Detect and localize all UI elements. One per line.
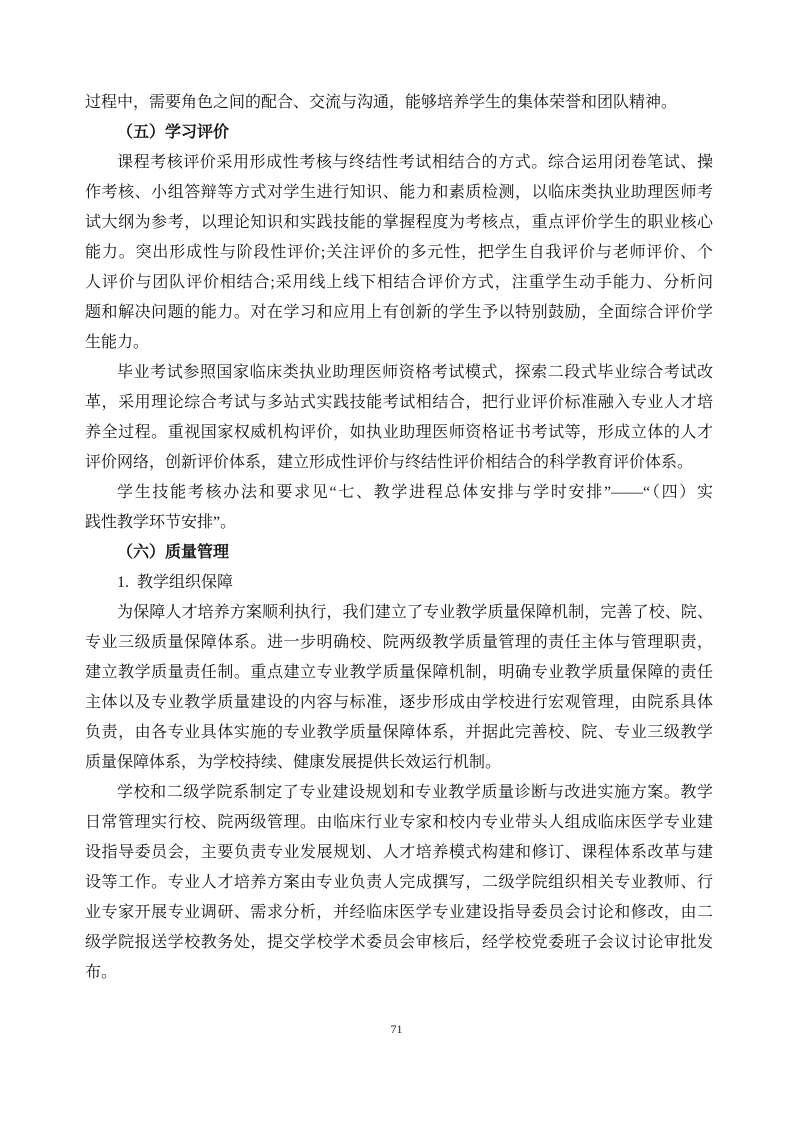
- paragraph: 为保障人才培养方案顺利执行，我们建立了专业教学质量保障机制，完善了校、院、专业三…: [85, 598, 713, 778]
- text-line: 日常管理实行校、院两级管理。由临床行业专家和校内专业带头人组成临床医学专业建: [85, 808, 713, 838]
- text-line: 践性教学环节安排”。: [85, 508, 713, 538]
- text-line: 能力。突出形成性与阶段性评价;关注评价的多元性，把学生自我评价与老师评价、个: [85, 238, 713, 268]
- text-line: 试大纲为参考，以理论知识和实践技能的掌握程度为考核点，重点评价学生的职业核心: [85, 208, 713, 238]
- text-line: 课程考核评价采用形成性考核与终结性考试相结合的方式。综合运用闭卷笔试、操: [85, 148, 713, 178]
- text-line: 质量保障体系，为学校持续、健康发展提供长效运行机制。: [85, 748, 713, 778]
- paragraph-continuation: 过程中，需要角色之间的配合、交流与沟通，能够培养学生的集体荣誉和团队精神。: [85, 88, 713, 118]
- heading: （五）学习评价: [85, 118, 713, 148]
- text-line: 学校和二级学院系制定了专业建设规划和专业教学质量诊断与改进实施方案。教学: [85, 778, 713, 808]
- section-heading-text: （六）质量管理: [85, 538, 713, 568]
- text-line: 评价网络，创新评价体系，建立形成性评价与终结性评价相结合的科学教育评价体系。: [85, 448, 713, 478]
- text-line: 学生技能考核办法和要求见“七、教学进程总体安排与学时安排”——“（四）实: [85, 478, 713, 508]
- document-page: 过程中，需要角色之间的配合、交流与沟通，能够培养学生的集体荣誉和团队精神。（五）…: [0, 0, 793, 1122]
- paragraph: 毕业考试参照国家临床类执业助理医师资格考试模式，探索二段式毕业综合考试改革，采用…: [85, 358, 713, 478]
- text-line: 级学院报送学校教务处，提交学校学术委员会审核后，经学校党委班子会议讨论审批发: [85, 928, 713, 958]
- page-number: 71: [0, 1022, 793, 1037]
- document-body: 过程中，需要角色之间的配合、交流与沟通，能够培养学生的集体荣誉和团队精神。（五）…: [85, 88, 713, 988]
- paragraph: 学生技能考核办法和要求见“七、教学进程总体安排与学时安排”——“（四）实践性教学…: [85, 478, 713, 538]
- text-line: 人评价与团队评价相结合;采用线上线下相结合评价方式，注重学生动手能力、分析问: [85, 268, 713, 298]
- text-line: 专业三级质量保障体系。进一步明确校、院两级教学质量管理的责任主体与管理职责，: [85, 628, 713, 658]
- list-item-text: 1. 教学组织保障: [85, 568, 713, 598]
- text-line: 布。: [85, 958, 713, 988]
- text-line: 为保障人才培养方案顺利执行，我们建立了专业教学质量保障机制，完善了校、院、: [85, 598, 713, 628]
- paragraph: 课程考核评价采用形成性考核与终结性考试相结合的方式。综合运用闭卷笔试、操作考核、…: [85, 148, 713, 358]
- heading: （六）质量管理: [85, 538, 713, 568]
- text-line: 革，采用理论综合考试与多站式实践技能考试相结合，把行业评价标准融入专业人才培: [85, 388, 713, 418]
- text-line: 主体以及专业教学质量建设的内容与标准，逐步形成由学校进行宏观管理，由院系具体: [85, 688, 713, 718]
- paragraph: 学校和二级学院系制定了专业建设规划和专业教学质量诊断与改进实施方案。教学日常管理…: [85, 778, 713, 988]
- text-line: 养全过程。重视国家权威机构评价，如执业助理医师资格证书考试等，形成立体的人才: [85, 418, 713, 448]
- text-line: 设指导委员会，主要负责专业发展规划、人才培养模式构建和修订、课程体系改革与建: [85, 838, 713, 868]
- text-line: 作考核、小组答辩等方式对学生进行知识、能力和素质检测，以临床类执业助理医师考: [85, 178, 713, 208]
- text-line: 建立教学质量责任制。重点建立专业教学质量保障机制，明确专业教学质量保障的责任: [85, 658, 713, 688]
- text-line: 业专家开展专业调研、需求分析，并经临床医学专业建设指导委员会讨论和修改，由二: [85, 898, 713, 928]
- section-heading-text: （五）学习评价: [85, 118, 713, 148]
- text-line: 题和解决问题的能力。对在学习和应用上有创新的学生予以特别鼓励，全面综合评价学: [85, 298, 713, 328]
- text-line: 生能力。: [85, 328, 713, 358]
- text-line: 毕业考试参照国家临床类执业助理医师资格考试模式，探索二段式毕业综合考试改: [85, 358, 713, 388]
- text-line: 负责，由各专业具体实施的专业教学质量保障体系，并据此完善校、院、专业三级教学: [85, 718, 713, 748]
- text-line: 设等工作。专业人才培养方案由专业负责人完成撰写，二级学院组织相关专业教师、行: [85, 868, 713, 898]
- list-item: 1. 教学组织保障: [85, 568, 713, 598]
- text-line: 过程中，需要角色之间的配合、交流与沟通，能够培养学生的集体荣誉和团队精神。: [85, 88, 713, 118]
